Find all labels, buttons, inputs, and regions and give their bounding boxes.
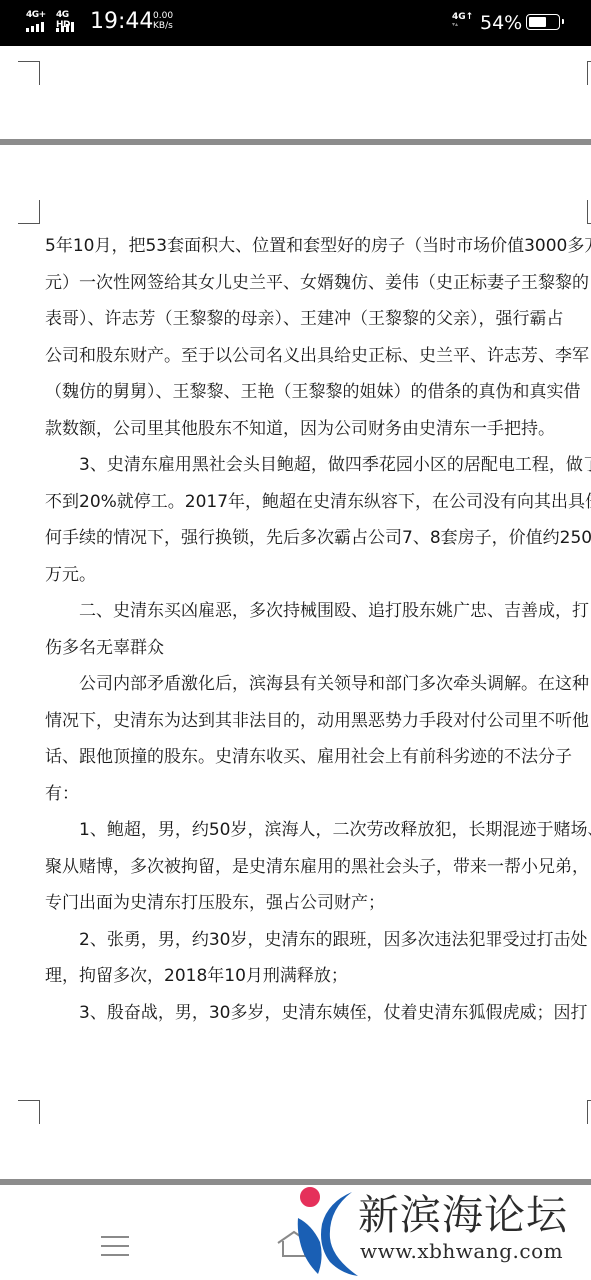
doc-line: 何手续的情况下，强行换锁，先后多次霸占公司7、8套房子，价值约250 bbox=[45, 520, 585, 557]
network-speed-value: 0.00 bbox=[153, 11, 173, 21]
doc-line: 万元。 bbox=[45, 557, 585, 594]
watermark-title: 新滨海论坛 bbox=[358, 1192, 568, 1238]
doc-line: 理，拘留多次，2018年10月刑满释放； bbox=[45, 958, 585, 995]
doc-line: 不到20%就停工。2017年，鲍超在史清东纵容下，在公司没有向其出具任 bbox=[45, 484, 585, 521]
doc-line: 专门出面为史清东打压股东，强占公司财产； bbox=[45, 885, 585, 922]
doc-line: （魏仿的舅舅）、王黎黎、王艳（王黎黎的姐妹）的借条的真伪和真实借 bbox=[45, 374, 585, 411]
network-speed-unit: KB/s bbox=[153, 21, 173, 31]
doc-heading: 二、史清东买凶雇恶，多次持械围殴、追打股东姚广忠、吉善成，打 bbox=[45, 593, 585, 630]
doc-line: 3、史清东雇用黑社会头目鲍超，做四季花园小区的居配电工程，做了 bbox=[45, 447, 585, 484]
sim2-signal-icon: 4G HD bbox=[56, 10, 84, 34]
forum-watermark-logo: 新滨海论坛 www.xbhwang.com bbox=[290, 1180, 590, 1280]
battery-percent: 54% bbox=[480, 11, 522, 35]
doc-line: 公司内部矛盾激化后，滨海县有关领导和部门多次牵头调解。在这种 bbox=[45, 666, 585, 703]
doc-heading: 伤多名无辜群众 bbox=[45, 630, 585, 667]
crop-mark-top-right bbox=[587, 61, 591, 85]
sim1-network-label: 4G+ bbox=[26, 10, 46, 20]
crop-mark-bottom-right bbox=[587, 200, 591, 224]
crop-mark-top-right bbox=[587, 1100, 591, 1124]
logo-dot-icon bbox=[298, 1185, 322, 1209]
page-separator bbox=[0, 139, 591, 145]
doc-line: 有： bbox=[45, 776, 585, 813]
doc-line: 款数额，公司里其他股东不知道，因为公司财务由史清东一手把持。 bbox=[45, 411, 585, 448]
doc-line: 公司和股东财产。至于以公司名义出具给史正标、史兰平、许志芳、李军 bbox=[45, 338, 585, 375]
doc-line: 聚从赌博，多次被拘留，是史清东雇用的黑社会头子，带来一帮小兄弟， bbox=[45, 849, 585, 886]
crop-mark-top-left bbox=[18, 61, 40, 85]
doc-line: 元）一次性网签给其女儿史兰平、女婿魏仿、姜伟（史正标妻子王黎黎的 bbox=[45, 265, 585, 302]
crop-mark-top-left bbox=[18, 1100, 40, 1124]
screen: 4G+ 4G HD 19:44 0.00 KB/s 4G↑ ▾▴ 54% 5年1… bbox=[0, 0, 591, 1280]
doc-line: 情况下，史清东为达到其非法目的，动用黑恶势力手段对付公司里不听他 bbox=[45, 703, 585, 740]
clock: 19:44 bbox=[90, 9, 153, 35]
doc-line: 3、殷奋战，男，30多岁，史清东姨侄，仗着史清东狐假虎威；因打 bbox=[45, 995, 585, 1032]
menu-icon[interactable] bbox=[101, 1236, 129, 1256]
doc-line: 2、张勇，男，约30岁，史清东的跟班，因多次违法犯罪受过打击处 bbox=[45, 922, 585, 959]
watermark-url: www.xbhwang.com bbox=[360, 1240, 563, 1262]
crop-mark-bottom-left bbox=[18, 200, 40, 224]
data-indicator-icon: 4G↑ ▾▴ bbox=[452, 12, 473, 28]
network-speed: 0.00 KB/s bbox=[153, 11, 173, 31]
doc-line: 1、鲍超，男，约50岁，滨海人，二次劳改释放犯，长期混迹于赌场、 bbox=[45, 812, 585, 849]
document-body: 5年10月，把53套面积大、位置和套型好的房子（当时市场价值3000多万 元）一… bbox=[45, 228, 585, 1031]
battery-icon bbox=[526, 14, 560, 30]
status-bar: 4G+ 4G HD 19:44 0.00 KB/s 4G↑ ▾▴ 54% bbox=[0, 0, 591, 46]
doc-line: 5年10月，把53套面积大、位置和套型好的房子（当时市场价值3000多万 bbox=[45, 228, 585, 265]
sim1-signal-icon: 4G+ bbox=[26, 10, 52, 34]
doc-line: 表哥）、许志芳（王黎黎的母亲）、王建冲（王黎黎的父亲），强行霸占 bbox=[45, 301, 585, 338]
doc-line: 话、跟他顶撞的股东。史清东收买、雇用社会上有前科劣迹的不法分子 bbox=[45, 739, 585, 776]
